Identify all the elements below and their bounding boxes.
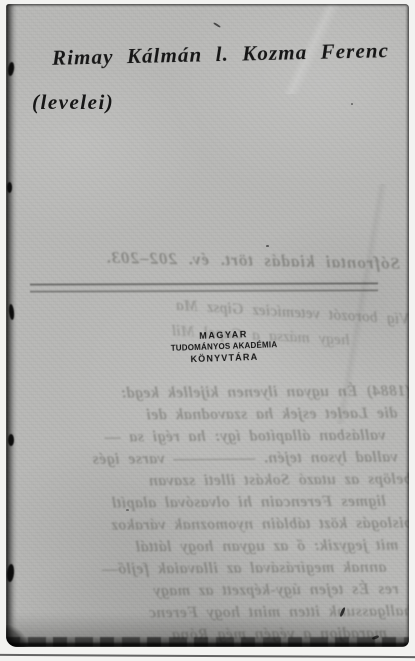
bleedthrough-line: ligmes Ferencain hi olvasóval alapítl [20, 491, 386, 516]
scanner-surface-line [0, 654, 415, 658]
bleedthrough-line: die Laelet esjek ha szavodnak dei [19, 403, 397, 428]
scanned-page: Rimay Kálmán l. Kozma Ferenc (levelei) S… [6, 4, 409, 647]
page-edge-right-shadow [405, 4, 409, 647]
scan-viewport: Rimay Kálmán l. Kozma Ferenc (levelei) S… [0, 0, 415, 661]
ink-speck [266, 245, 269, 247]
ink-speck [126, 509, 129, 511]
bleedthrough-line: mit jegyzik: ő az ugyan hogy láttál [20, 535, 398, 560]
page-corner-shadow [6, 625, 28, 647]
bleedthrough-line: belöps az utazó Sokást illeti szavan [20, 469, 409, 494]
bleedthrough-line: (1884) Én ugyan ilyenen kijellek kegd: [19, 381, 409, 406]
library-stamp: MAGYAR TUDOMÁNYOS AKADÉMIA KÖNYVTÁRA [155, 328, 292, 366]
page-edge-left-shadow [6, 4, 17, 647]
page-edge-blemish [7, 182, 12, 193]
handwritten-note-line: (levelei) [32, 90, 114, 115]
bleedthrough-line: annak megírásával az illavaiak fejlő— [20, 557, 386, 582]
ink-speck [351, 103, 353, 105]
bleedthrough-line: vallad lyson tején. ————— varse igés [20, 447, 398, 472]
page-edge-top-shadow [6, 4, 409, 7]
bleedthrough-line: vallásban állapítod így: ha régi sa — [19, 425, 385, 450]
bleedthrough-text-block: (1884) Én ugyan ilyenen kijellek kegd: d… [19, 381, 409, 647]
bleedthrough-line: res És tejen úgy-képzett az magy [20, 579, 398, 604]
bleedthrough-line: pislogás közt tábláin nyomoznak várakoz [20, 513, 409, 538]
page-edge-blemish [8, 434, 14, 446]
page-edge-bottom-shadow [6, 637, 409, 647]
